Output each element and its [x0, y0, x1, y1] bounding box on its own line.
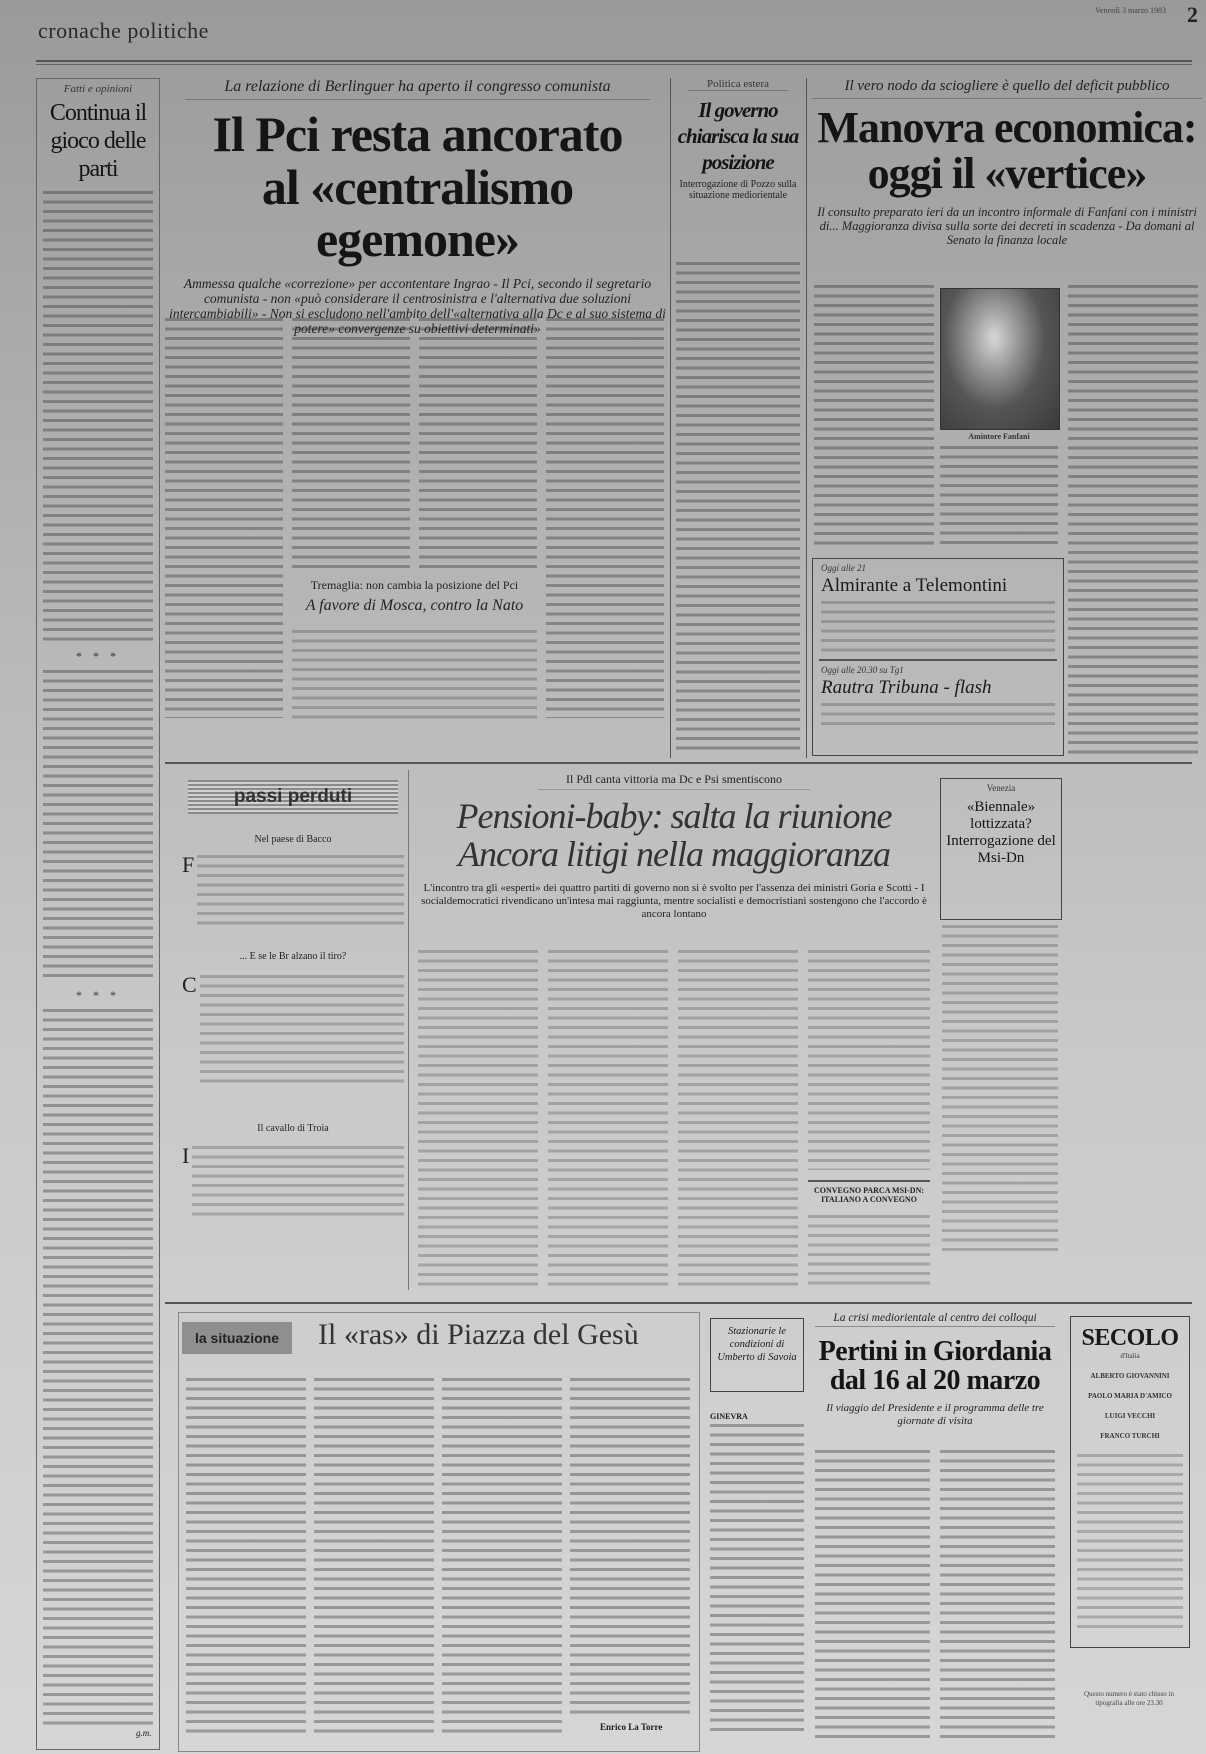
box-label-1: Oggi alle 21	[821, 563, 1055, 573]
pertini-body-col-1	[815, 1450, 930, 1740]
situazione-body-col-4	[570, 1378, 690, 1718]
masthead-staff-3: LUIGI VECCHI	[1071, 1412, 1189, 1420]
box-label-2: Oggi alle 20.30 su Tg1	[821, 665, 1055, 675]
sidebar-headline: A favore di Mosca, contro la Nato	[292, 597, 537, 615]
biennale-box: Venezia «Biennale» lottizzata? Interroga…	[940, 778, 1062, 920]
pertini-body-col-2	[940, 1450, 1055, 1740]
pension-body-col-5	[808, 1215, 930, 1290]
dropcap-2: C	[182, 975, 197, 995]
masthead-subtitle: d'Italia	[1071, 1352, 1189, 1360]
economy-headline-2: oggi il «vertice»	[812, 151, 1202, 197]
pension-headline-2: Ancora litigi nella maggioranza	[418, 836, 930, 874]
left-column-label: Fatti e opinioni	[37, 83, 159, 95]
pension-body-col-3	[678, 950, 798, 1290]
economy-kicker: Il vero nodo da sciogliere è quello del …	[812, 78, 1202, 99]
economy-body-col-3	[1068, 285, 1198, 755]
sidebar-story: Tremaglia: non cambia la posizione del P…	[292, 578, 537, 615]
lead-headline-2: al «centralismo egemone»	[165, 161, 670, 266]
passi-subhead-1: Nel paese di Bacco	[178, 834, 408, 845]
pension-body-col-2	[548, 950, 668, 1290]
masthead-staff-1: ALBERTO GIOVANNINI	[1071, 1372, 1189, 1380]
lead-kicker: La relazione di Berlinguer ha aperto il …	[185, 78, 650, 100]
separator-2: * * *	[37, 988, 159, 1003]
masthead-staff-2: PAOLO MARIA D'AMICO	[1071, 1392, 1189, 1400]
savoia-dateline: GINEVRA	[710, 1412, 748, 1421]
pension-inner-subhead: CONVEGNO PARCA MSI-DN: ITALIANO A CONVEG…	[808, 1180, 930, 1204]
foreign-policy-body	[676, 262, 800, 752]
lead-body-col-2	[292, 318, 410, 568]
pension-headline-1: Pensioni-baby: salta la riunione	[418, 798, 930, 836]
page-number: 2	[1187, 2, 1198, 28]
economy-story: Il vero nodo da sciogliere è quello del …	[812, 78, 1202, 247]
passi-subhead-2: ... E se le Br alzano il tiro?	[238, 951, 348, 963]
situazione-body-col-3	[442, 1378, 562, 1738]
situazione-body-col-1	[186, 1378, 306, 1738]
situazione-byline: Enrico La Torre	[600, 1722, 662, 1732]
header-rule	[36, 60, 1192, 62]
masthead-title: SECOLO	[1071, 1325, 1189, 1352]
passi-perduti-column: passi perduti Nel paese di Bacco F ... E…	[178, 770, 409, 1290]
passi-perduti-banner: passi perduti	[188, 780, 398, 814]
pension-story: Il Pdl canta vittoria ma Dc e Psi smenti…	[418, 772, 930, 921]
closing-note: Questo numero è stato chiuso in tipograf…	[1070, 1690, 1188, 1708]
fanfani-photo	[940, 288, 1060, 430]
box-divider	[819, 659, 1057, 661]
biennale-body	[942, 925, 1058, 1255]
section-title: cronache politiche	[38, 18, 209, 44]
left-column-body	[43, 191, 153, 641]
situazione-body-col-2	[314, 1378, 434, 1738]
sidebar-body	[292, 630, 537, 720]
pension-deck: L'incontro tra gli «esperti» dei quattro…	[418, 882, 930, 921]
passi-subhead-3: Il cavallo di Troia	[178, 1123, 408, 1134]
left-column-headline: Continua il gioco delle parti	[37, 99, 159, 183]
left-signature: g.m.	[136, 1728, 152, 1738]
header-rule-thin	[36, 64, 1192, 65]
pertini-deck: Il viaggio del Presidente e il programma…	[815, 1402, 1055, 1428]
foreign-policy-deck: Interrogazione di Pozzo sulla situazione…	[674, 179, 802, 201]
dropcap-1: F	[182, 855, 194, 875]
left-column: Fatti e opinioni Continua il gioco delle…	[36, 78, 160, 1750]
foreign-policy-label: Politica estera	[688, 78, 788, 91]
box-body-1	[821, 601, 1055, 653]
newspaper-page: cronache politiche Venerdì 3 marzo 1983 …	[0, 0, 1206, 1754]
economy-deck: Il consulto preparato ieri da un incontr…	[812, 205, 1202, 247]
passi-body-3	[192, 1146, 404, 1216]
pension-body-col-4	[808, 950, 930, 1170]
economy-body-col-1	[814, 285, 934, 550]
pertini-headline-1: Pertini in Giordania	[815, 1337, 1055, 1366]
box-headline-2: Rautra Tribuna - flash	[821, 677, 1055, 699]
passi-body-1	[197, 855, 404, 925]
sidebar-kicker: Tremaglia: non cambia la posizione del P…	[292, 578, 537, 593]
biennale-headline: «Biennale» lottizzata? Interrogazione de…	[941, 799, 1061, 867]
photo-caption: Amintore Fanfani	[940, 432, 1058, 441]
pension-body-col-1	[418, 950, 538, 1290]
passi-body-2	[200, 975, 404, 1085]
bottom-rule	[165, 1302, 1192, 1304]
dropcap-3: I	[182, 1146, 189, 1166]
column-rule	[670, 78, 671, 758]
savoia-body	[710, 1424, 804, 1734]
lead-body-col-1	[165, 318, 283, 718]
pertini-headline-2: dal 16 al 20 marzo	[815, 1366, 1055, 1395]
lead-body-col-4	[546, 318, 664, 718]
biennale-label: Venezia	[941, 783, 1061, 793]
tv-boxes: Oggi alle 21 Almirante a Telemontini Ogg…	[812, 558, 1064, 756]
column-rule	[806, 78, 807, 758]
box-body-2	[821, 703, 1055, 731]
pertini-kicker: La crisi mediorientale al centro dei col…	[815, 1312, 1055, 1327]
foreign-policy-headline: Il governo chiarisca la sua posizione	[674, 97, 802, 175]
middle-rule	[165, 762, 1192, 764]
lead-body-col-3	[419, 318, 537, 568]
box-headline-1: Almirante a Telemontini	[821, 575, 1055, 597]
masthead-staff-4: FRANCO TURCHI	[1071, 1432, 1189, 1440]
masthead-body	[1077, 1454, 1183, 1634]
pertini-story: La crisi mediorientale al centro dei col…	[815, 1312, 1055, 1428]
left-column-body-2	[43, 670, 153, 980]
date-line: Venerdì 3 marzo 1983	[1095, 6, 1166, 15]
pension-kicker: Il Pdl canta vittoria ma Dc e Psi smenti…	[538, 772, 810, 790]
savoia-box: Stazionarie le condizioni di Umberto di …	[710, 1318, 804, 1392]
masthead-box: SECOLO d'Italia ALBERTO GIOVANNINI PAOLO…	[1070, 1316, 1190, 1648]
foreign-policy-story: Politica estera Il governo chiarisca la …	[674, 78, 802, 201]
separator: * * *	[37, 649, 159, 664]
economy-body-col-2	[940, 446, 1058, 550]
economy-headline-1: Manovra economica:	[812, 105, 1202, 151]
lead-story: La relazione di Berlinguer ha aperto il …	[165, 78, 670, 336]
left-column-body-3	[43, 1009, 153, 1729]
lead-headline-1: Il Pci resta ancorato	[165, 108, 670, 161]
savoia-headline: Stazionarie le condizioni di Umberto di …	[711, 1325, 803, 1364]
